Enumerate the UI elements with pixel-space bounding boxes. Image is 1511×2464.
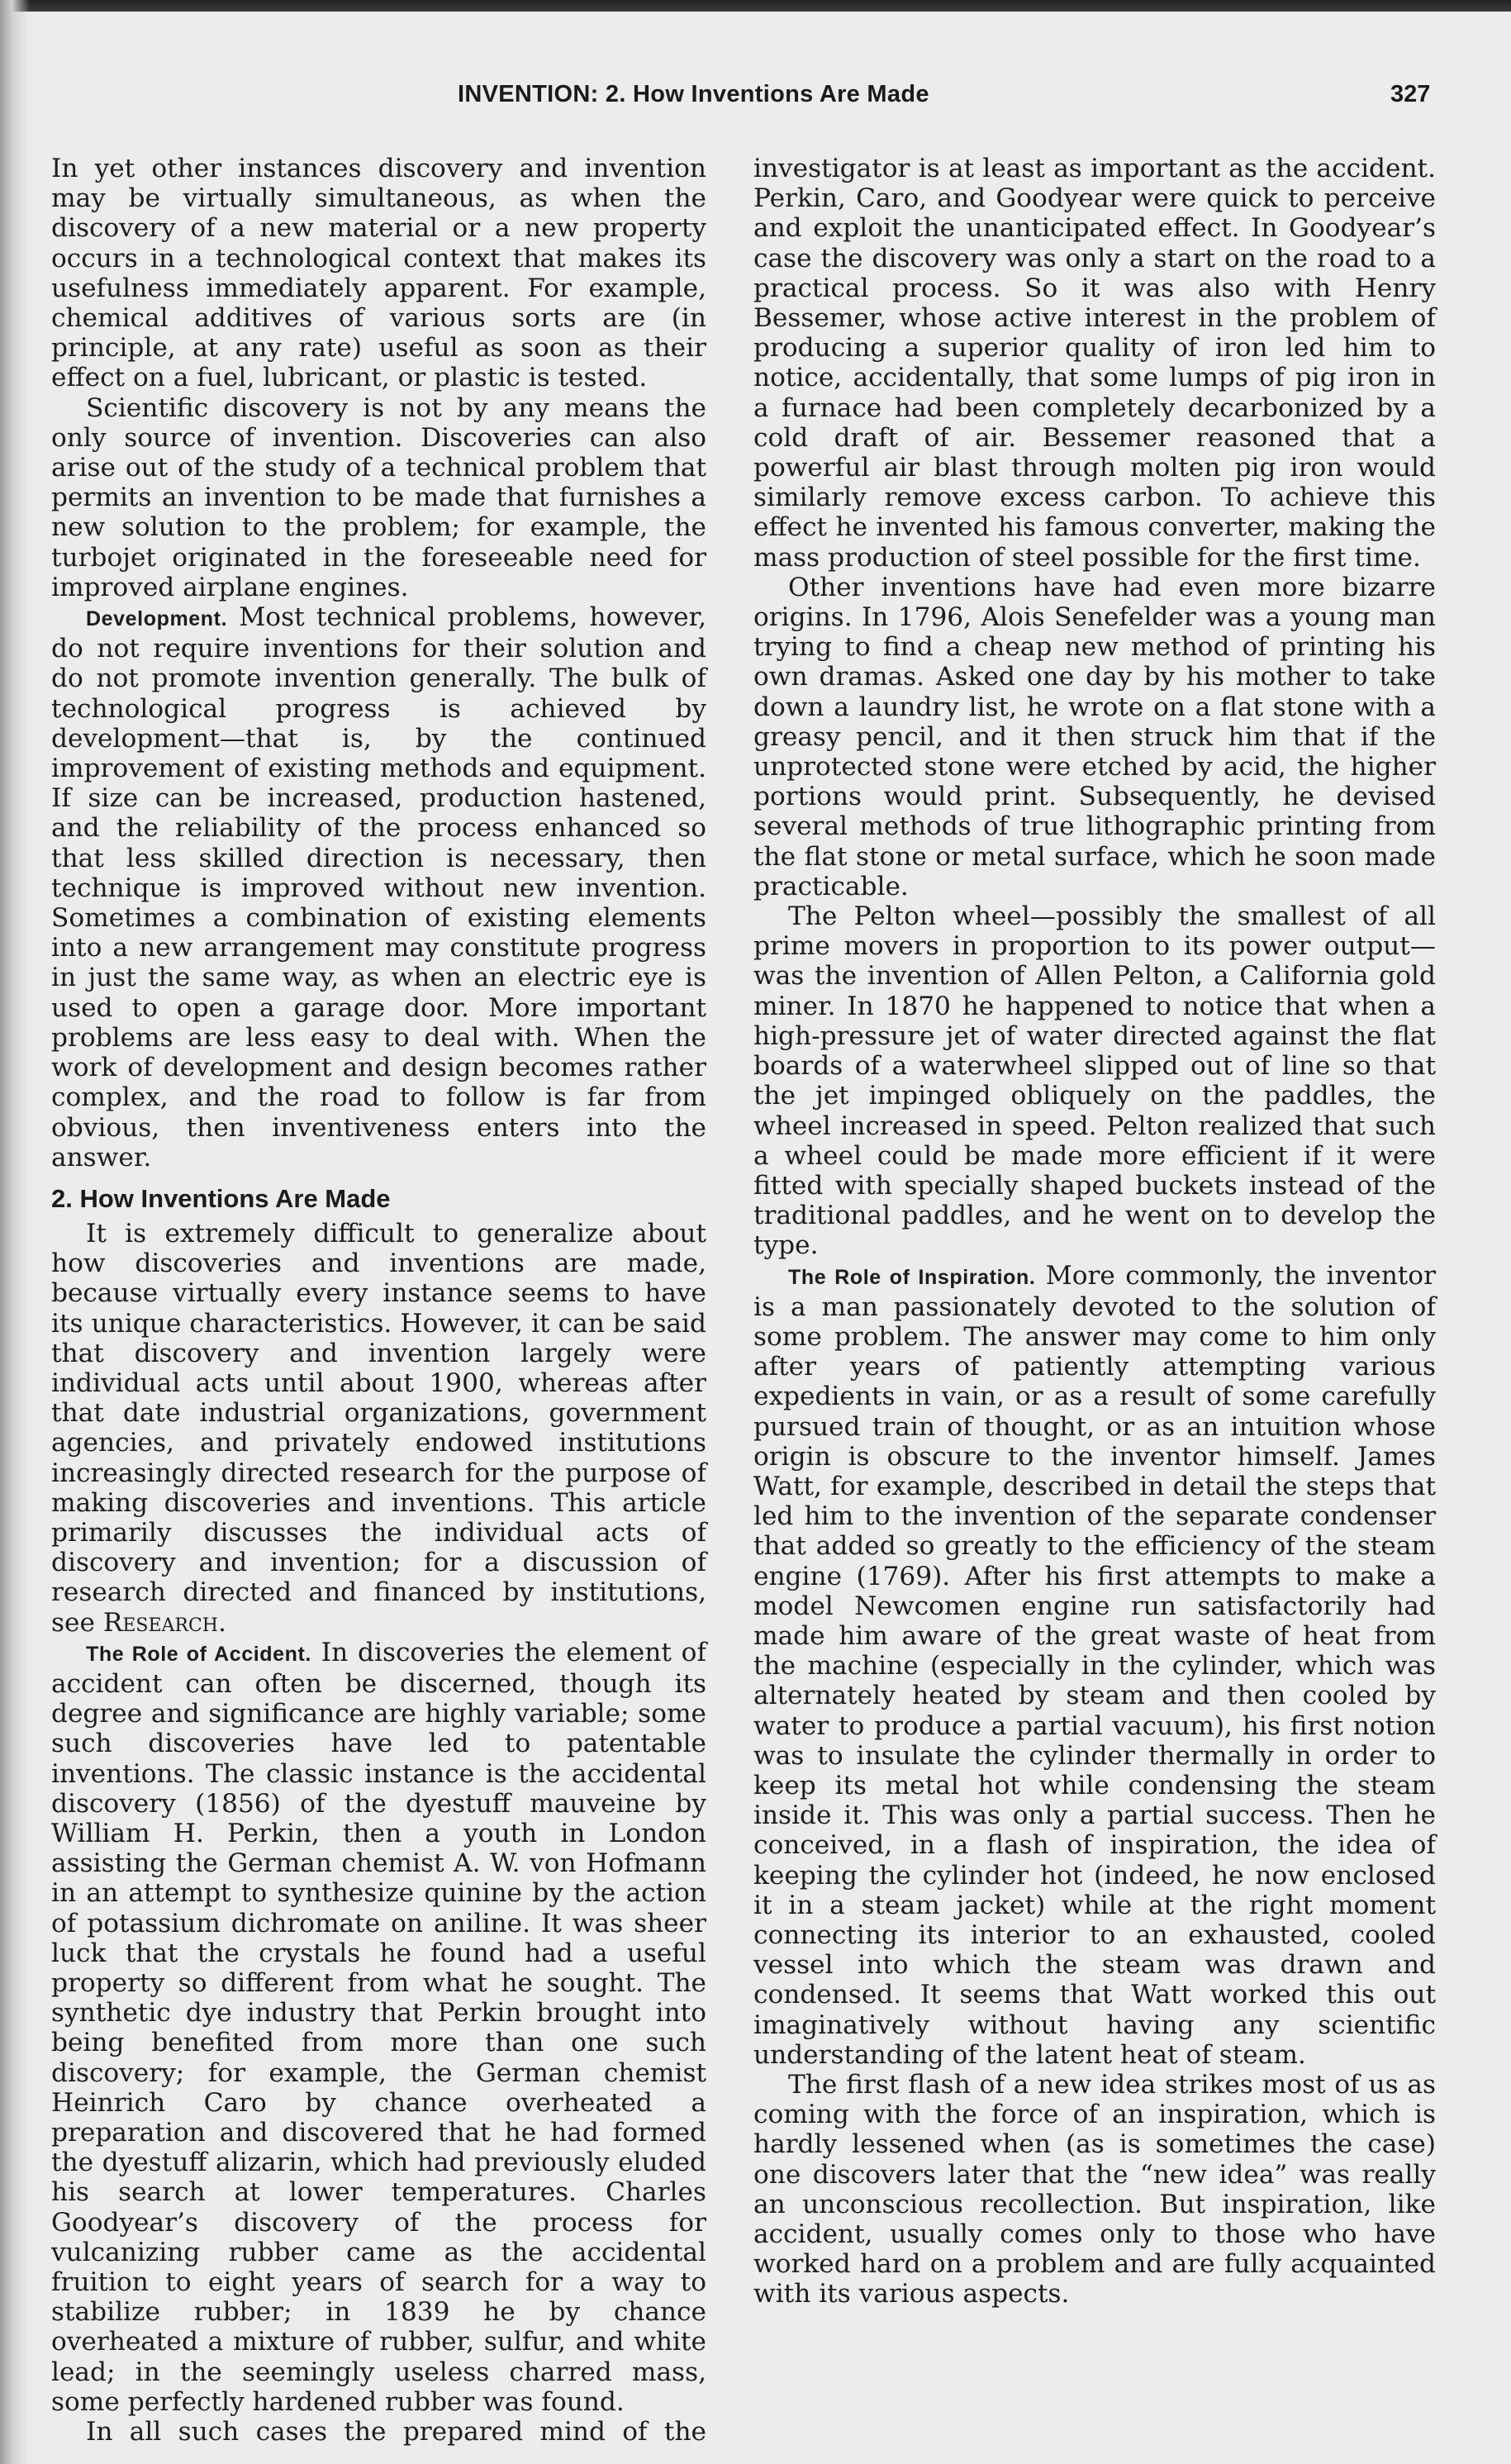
paragraph-pelton-wheel: The Pelton wheel—possibly the smallest o…	[753, 901, 1436, 1260]
paragraph-scientific-discovery: Scientific discovery is not by any means…	[51, 393, 706, 602]
development-text: Most technical problems, however, do not…	[51, 602, 706, 1173]
running-head: INVENTION: 2. How Inventions Are Made	[458, 81, 929, 108]
section-heading: 2. How Inventions Are Made	[51, 1184, 706, 1214]
page-number: 327	[1390, 81, 1430, 108]
binding-gutter-shadow	[0, 0, 30, 2464]
paragraph-prepared-mind: In all such cases the prepared mind of t…	[51, 2417, 706, 2447]
paragraph-prepared-mind-continued: investigator is at least as important as…	[753, 154, 1436, 573]
generalize-text: It is extremely difficult to generalize …	[51, 1219, 706, 1638]
paragraph-simultaneous-discovery: In yet other instances discovery and inv…	[51, 154, 706, 393]
page-top-edge	[0, 0, 1511, 12]
paragraph-role-of-inspiration: The Role of Inspiration. More commonly, …	[753, 1261, 1436, 2070]
run-in-heading-inspiration: The Role of Inspiration.	[788, 1266, 1035, 1289]
cross-reference-research[interactable]: Research	[103, 1608, 218, 1638]
run-in-heading-development: Development.	[86, 607, 227, 630]
period: .	[218, 1608, 226, 1638]
accident-text: In discoveries the element of accident c…	[51, 1638, 706, 2417]
left-column: In yet other instances discovery and inv…	[51, 154, 706, 2447]
inspiration-text: More commonly, the inventor is a man pas…	[753, 1261, 1436, 2070]
paragraph-senefelder: Other inventions have had even more biza…	[753, 573, 1436, 901]
paragraph-first-flash: The first flash of a new idea strikes mo…	[753, 2070, 1436, 2309]
paragraph-development: Development. Most technical problems, ho…	[51, 602, 706, 1173]
run-in-heading-accident: The Role of Accident.	[86, 1643, 311, 1666]
paragraph-role-of-accident: The Role of Accident. In discoveries the…	[51, 1638, 706, 2417]
right-column: investigator is at least as important as…	[753, 154, 1436, 2309]
paragraph-generalize: It is extremely difficult to generalize …	[51, 1219, 706, 1638]
